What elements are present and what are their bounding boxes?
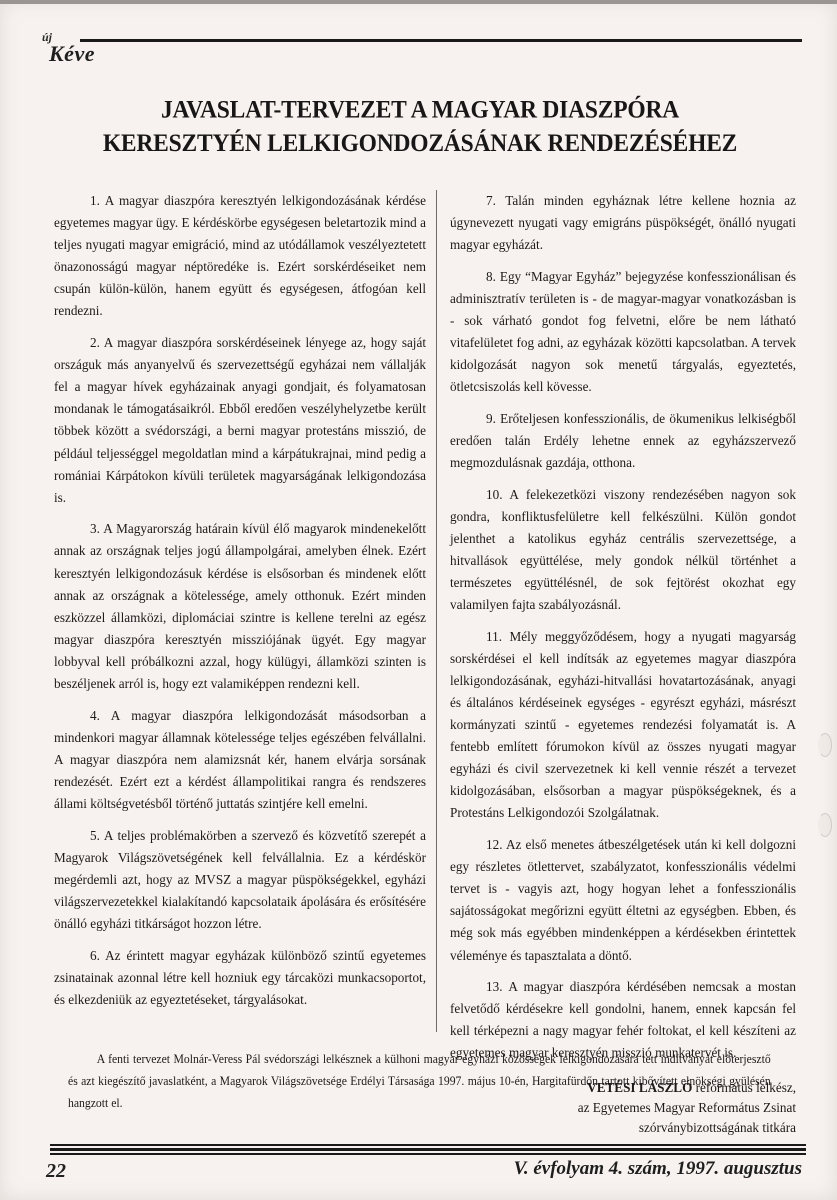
paragraph-10: 10. A felekezetközi viszony rendezésében… (450, 484, 796, 617)
paragraph-3: 3. A Magyarország határain kívül élő mag… (54, 518, 426, 695)
paragraph-1: 1. A magyar diaszpóra keresztyén lelkigo… (54, 190, 426, 323)
footer-rule (50, 1153, 806, 1155)
article-title: JAVASLAT-TERVEZET A MAGYAR DIASZPÓRA KER… (40, 94, 800, 161)
column-divider (436, 190, 437, 1032)
footnote-text: A fenti tervezet Molnár-Veress Pál svédo… (68, 1048, 771, 1114)
masthead-logo: Kéve (49, 41, 95, 67)
scan-top-edge (0, 0, 837, 4)
paragraph-4: 4. A magyar diaszpóra lelkigondozását má… (54, 705, 426, 815)
issue-info: V. évfolyam 4. szám, 1997. augusztus (514, 1158, 802, 1180)
author-title: szórványbizottságának titkára (450, 1118, 796, 1138)
paragraph-8: 8. Egy “Magyar Egyház” bejegyzése konfes… (450, 266, 796, 399)
binder-hole-mark (818, 813, 832, 837)
paragraph-7: 7. Talán minden egyháznak létre kellene … (450, 190, 796, 256)
editorial-footnote: A fenti tervezet Molnár-Veress Pál svédo… (68, 1048, 771, 1114)
masthead-rule (80, 39, 802, 42)
page-number: 22 (46, 1160, 66, 1183)
paragraph-5: 5. A teljes problémakörben a szervező és… (54, 825, 426, 935)
paragraph-9: 9. Erőteljesen konfesszionális, de ökume… (450, 408, 796, 474)
title-line-2: KERESZTYÉN LELKIGONDOZÁSÁNAK RENDEZÉSÉHE… (40, 127, 800, 160)
footer-rule (50, 1144, 806, 1146)
footer-rule (50, 1148, 806, 1151)
paragraph-11: 11. Mély meggyőződésem, hogy a nyugati m… (450, 626, 796, 825)
binder-hole-mark (818, 733, 832, 757)
left-column: 1. A magyar diaszpóra keresztyén lelkigo… (54, 190, 426, 1020)
paragraph-12: 12. Az első menetes átbeszélgetések után… (450, 834, 796, 967)
paragraph-2: 2. A magyar diaszpóra sorskérdéseinek lé… (54, 332, 426, 509)
right-column: 7. Talán minden egyháznak létre kellene … (450, 190, 796, 1138)
paragraph-6: 6. Az érintett magyar egyházak különböző… (54, 945, 426, 1011)
title-line-1: JAVASLAT-TERVEZET A MAGYAR DIASZPÓRA (40, 94, 800, 127)
